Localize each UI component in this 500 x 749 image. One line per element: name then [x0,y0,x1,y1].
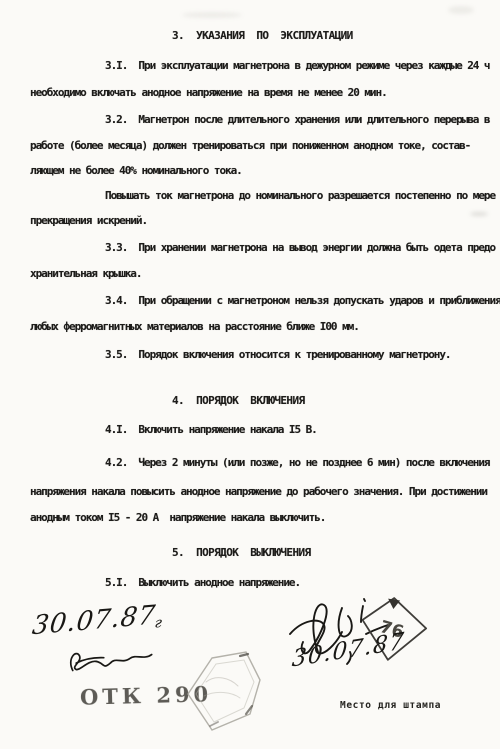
typed-line: анодным током I5 - 20 А напряжение накал… [30,512,325,523]
hexagon-stamp [182,650,264,736]
typed-line: 3.I. При эксплуатации магнетрона в дежур… [105,60,490,71]
typed-line: хранительная крышка. [30,268,141,279]
stamp-place-label: Место для штампа [340,700,441,711]
typed-line: ляющем не более 40% номинального тока. [30,165,242,176]
section-heading-4: 4. ПОРЯДОК ВКЛЮЧЕНИЯ [172,395,305,406]
handwritten-year-suffix: г [154,615,164,632]
typed-line: 4.I. Включить напряжение накала I5 В. [105,424,317,435]
scan-smudge [470,212,488,216]
section-heading-5: 5. ПОРЯДОК ВЫКЛЮЧЕНИЯ [172,547,311,558]
typed-line: 3.3. При хранении магнетрона на вывод эн… [105,242,500,253]
typed-line: 3.4. При обращении с магнетроном нельзя … [105,295,500,306]
typed-line: напряжения накала повысить анодное напря… [30,486,487,497]
handwritten-date-left-text: 30.07.87 [31,600,158,641]
typed-line: работе (более месяца) должен тренировать… [30,140,470,151]
section-heading-3: 3. УКАЗАНИЯ ПО ЭКСПЛУАТАЦИИ [172,30,353,41]
typed-line: 4.2. Через 2 минуты (или позже, но не по… [105,457,490,468]
typed-line: 5.I. Выключить анодное напряжение. [105,577,300,588]
scan-smudge [448,6,474,14]
scan-smudge [182,12,242,18]
handwritten-date-left: 30.07.87г [31,602,166,642]
scanned-page: 3. УКАЗАНИЯ ПО ЭКСПЛУАТАЦИИ 3.I. При экс… [0,0,500,749]
signature-left [62,643,162,677]
typed-line: 3.5. Порядок включения относится к трени… [105,349,451,360]
typed-line: 3.2. Магнетрон после длительного хранени… [105,114,490,125]
typed-line: необходимо включать анодное напряжение н… [30,87,387,98]
typed-line: прекращения искрений. [30,215,147,226]
typed-line: Повышать ток магнетрона до номинального … [105,190,495,201]
typed-line: любых ферромагнитных материалов на расст… [30,321,359,332]
